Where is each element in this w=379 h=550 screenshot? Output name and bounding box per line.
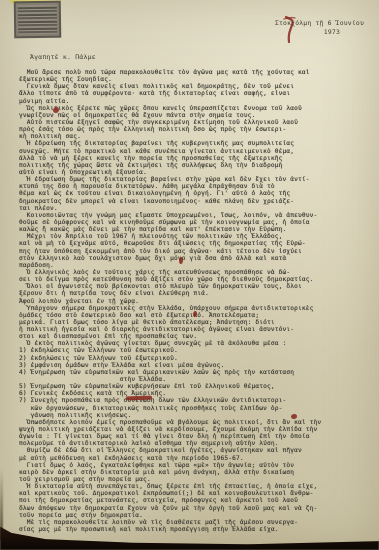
body-line: Γιατί ὅμως ὁ λαός, ἐγκαταλείφθηκε καὶ τώ… [19,462,373,469]
document-page: Στοκχόλμη τῇ 6 Ἰουνίου 1973 Ἀγαπητὲ κ. Π… [0,0,379,550]
body-line: καὶ νὰ μὴ τὸ ξεχνᾶμε αὐτό, θεωροῦσε ὅτι … [19,240,373,247]
body-line: ἄλλο τίποτε ἀπὸ τὰ συμφέροντα· κατὰ τῆς … [19,90,373,97]
body-line: πρὸς ἐσᾶς τόσο ὡς πρὸς τὴν ἑλληνικὴ πολι… [19,126,373,133]
salutation: Ἀγαπητὲ κ. Πάλμε [30,53,96,61]
red-pen-mark [193,311,197,317]
body-line: πολεμοῦμε τὸ ἀντιδικτατορικὸ λαϊκὸ αἴσθη… [19,440,373,447]
body-line: καὶ κρατικοὺς τοῦ. Δημοκρατικοὶ ἐκπρόσωπ… [19,490,373,497]
archive-stamp-text-lines [18,5,57,35]
body-line: πης ἦταν ὑπόθεση ξεκομμένη ἀπὸ τὸν δικό … [19,248,373,255]
red-pen-mark [291,414,297,419]
body-line: Μοῦ ἄρεσε πολὺ ποὺ τώρα παρακολουθεῖτε τ… [19,69,373,76]
body-line: θοῦμε σὲ ὁμόφρονες καὶ νὰ κινηθοῦμε σύμφ… [19,219,373,226]
body-line: μερικά. Γιατί ὅμως τόσο λίγα μὲ θετικὸ ἀ… [19,319,373,326]
body-line: στοι καὶ διασπασμένοι ἐπὶ τῆς προσπαθεία… [19,333,373,340]
body-line: 5) Ἐνημέρωση τῶν εὐρωπαϊκῶν κυβερνήσεων … [19,383,373,390]
archive-stamp [14,1,62,39]
body-line: συνεχῶς. Μήτε τὸ πρακτικὸ καὶ κάθε συνέπ… [19,148,373,155]
body-line: 1) ἐκδηλώσεις τῶν Ἑλλήνων τοῦ ἐσωτερικοῦ… [19,347,373,354]
body-line: ποι τῆς δημοκρατίας μετανάστες, στοιχεῖα… [19,497,373,504]
body-line: 3) ἐμφάνιση ὁμάδων στὴν Ἑλλάδα καὶ εἶναι… [19,362,373,369]
body-line: στὸν ἑλληνικὸ λαὸ τουλάχιστον ὅμως ὄχι μ… [19,255,373,262]
body-line: κὴ πολιτικὴ σας. [19,133,373,140]
body-line: Ἡ ἑδραίωση τῆς δικτατορίας βαραίνει τῆς … [19,140,373,147]
body-line: καλῶς ἢ κακῶς μᾶς δένει μὲ τὴν πατρίδα κ… [19,226,373,233]
body-line: ψυχὴ πολιτικὴ χρειάζεται νὰ ἀξίζει νὰ κε… [19,426,373,433]
body-line: ἡ πολιτικὴ ἡγεσία καὶ ὁ διαρκὴς ἀντιδικτ… [19,326,373,333]
body-line: τοῦ χειρισμοῦ μας στὴν πορεία μας. [19,476,373,483]
body-line: Μέχρι τὸν Ἀπρίλιο τοῦ 1967 ἡ πλειονότης … [19,233,373,240]
body-line: Θυμίζω δὲ ἐδῶ ὅτι οἱ Ἕλληνες δημοκρατικο… [19,447,373,454]
body-line: Ὁ ἐκτὸς πολιτικὸς ἀγῶνας γίνεται ὅμως συ… [19,340,373,347]
body-line: Ὁ ἑλληνικὸς λαὸς ἐν τούτοις χάρις τῆς κα… [19,269,373,276]
body-line: 7) Συνεχὴς προσπάθεια πρὸς συνένωση ὅλων… [19,397,373,404]
body-line: Γενικὰ ὅμως ὅταν κανεὶς εἶναι πολιτικὸς … [19,83,373,90]
body-line: Ἡ δικτατορία αὐτὴ συνεπάγεται, ὅπως ξέρε… [19,483,373,490]
body-line: μὲ αὐτὴ μεθόδευση καὶ ἐκδηλώσεις κατὰ τὴ… [19,455,373,462]
body-line: Μὲ τὶς παρακολουθεῖτε λοιπὸν νὰ τὶς διαθ… [19,519,373,526]
body-line: Αὐτὸ πιστεύω ἐξηγεῖ σαφῶς τὴν συγκεκριμέ… [19,119,373,126]
body-line: Κοινοποιῶντας τὴν γνώμη μας εἴμαστε ὑποχ… [19,212,373,219]
body-line: ἀλλὰ τὸ νὰ μὴ ξέρει κανεὶς τὴν πορεία τῆ… [19,155,373,162]
body-line: κτυπό της ὅσο ἡ παρουσία δικτατόρων. Λάθ… [19,183,373,190]
body-line: μόνιμη αἰτία. [19,98,373,105]
body-line: αὐτὸ εἶναι ἡ ὑποχρεωτικὴ ἐξουσία. [19,169,373,176]
body-line: Ὁπωσδήποτε λοιπὸν ἐμεῖς προσπαθοῦμε νὰ β… [19,419,373,426]
body-line: Ἀφοῦ λοιπὸν χάνεται ἐν τῇ χώρᾳ. [19,298,373,305]
body-line: θέμα καὶ ὡς ἐκ τούτου εἶναι δικαιολογημέ… [19,190,373,197]
body-line: ἐξωτερικῶς τῆς Σουηδίας. [19,76,373,83]
body-line: Ἡ ἑδραίωση ὅμως τῆς δικτατορίας βαραίνει… [19,176,373,183]
body-line: γνωρίζουν πὼς οἱ δημοκρατίες θὰ ἔχουν πά… [19,112,373,119]
body-line: τοῦν πορεία μας στὴν δημοκρατία. [19,512,373,519]
body-line: ἀγωνία : Τί γίνεται ὅμως καὶ τί θὰ γίνει… [19,433,373,440]
body-line: στὴν Ἑλλάδα. [19,376,373,383]
body-line: Ὡς πολιτικὸς ξέρετε πὼς χῶρες ὅπου κανεὶ… [19,105,373,112]
body-line: παράδοση. [19,262,373,269]
red-pen-blot [53,107,59,113]
body-line: σίας μας μὲ τὴν προσωπικὴ καὶ πολιτικὴ π… [19,526,373,533]
body-line: σει τὸ δεῖγμα πρὸς κατεύθυνση ποὺ ἀξίζει… [19,276,373,283]
body-line: γάνωση πολιτικῆς κινήσεως. [19,412,373,419]
body-line: ὅλων ἀπόψεων τὴν δημοκρατία ἔχουν νὰ ζοῦ… [19,505,373,512]
body-line: 2) ἐκδηλώσεις τῶν Ἑλλήνων τοῦ ἐξωτερικοῦ… [19,355,373,362]
body-line: καιρὸ δὲν ἀρκεῖ στὴν δικτατορία μιὰ καὶ … [19,469,373,476]
body-line: 6) Γενικὲς ἐκδόσεις κατὰ τῆς Ἀμερικῆς. [19,390,373,397]
body-line: πολιτικῆς τῆς χώρας ὥστε νὰ ἐκτιμήσει τῆ… [19,162,373,169]
body-text: Μοῦ ἄρεσε πολὺ ποὺ τώρα παρακολουθεῖτε τ… [19,69,373,533]
body-line: Ὅλοι οἱ ἀγωνιστὲς ποὺ βρίσκονται στὸ πλε… [19,283,373,290]
body-line: δημοκρατίας δὲν μπορεῖ νὰ εἶναι ἱκανοποι… [19,198,373,205]
red-pen-mark [179,257,183,264]
body-line: ξέρουν ὅτι ἡ πατρίδα τους δὲν εἶναι ἐλεύ… [19,290,373,297]
body-line: κῶν ὀργανώσεων, δικτατορικῶς πολιτικὲς π… [19,405,373,412]
body-line: ται πλέον. [19,205,373,212]
body-line: 4) Ἐνημέρωση τῶν εὐρωπαϊκῶν καὶ ἀμερικαν… [19,369,373,376]
red-pen-check-mark [283,15,299,45]
